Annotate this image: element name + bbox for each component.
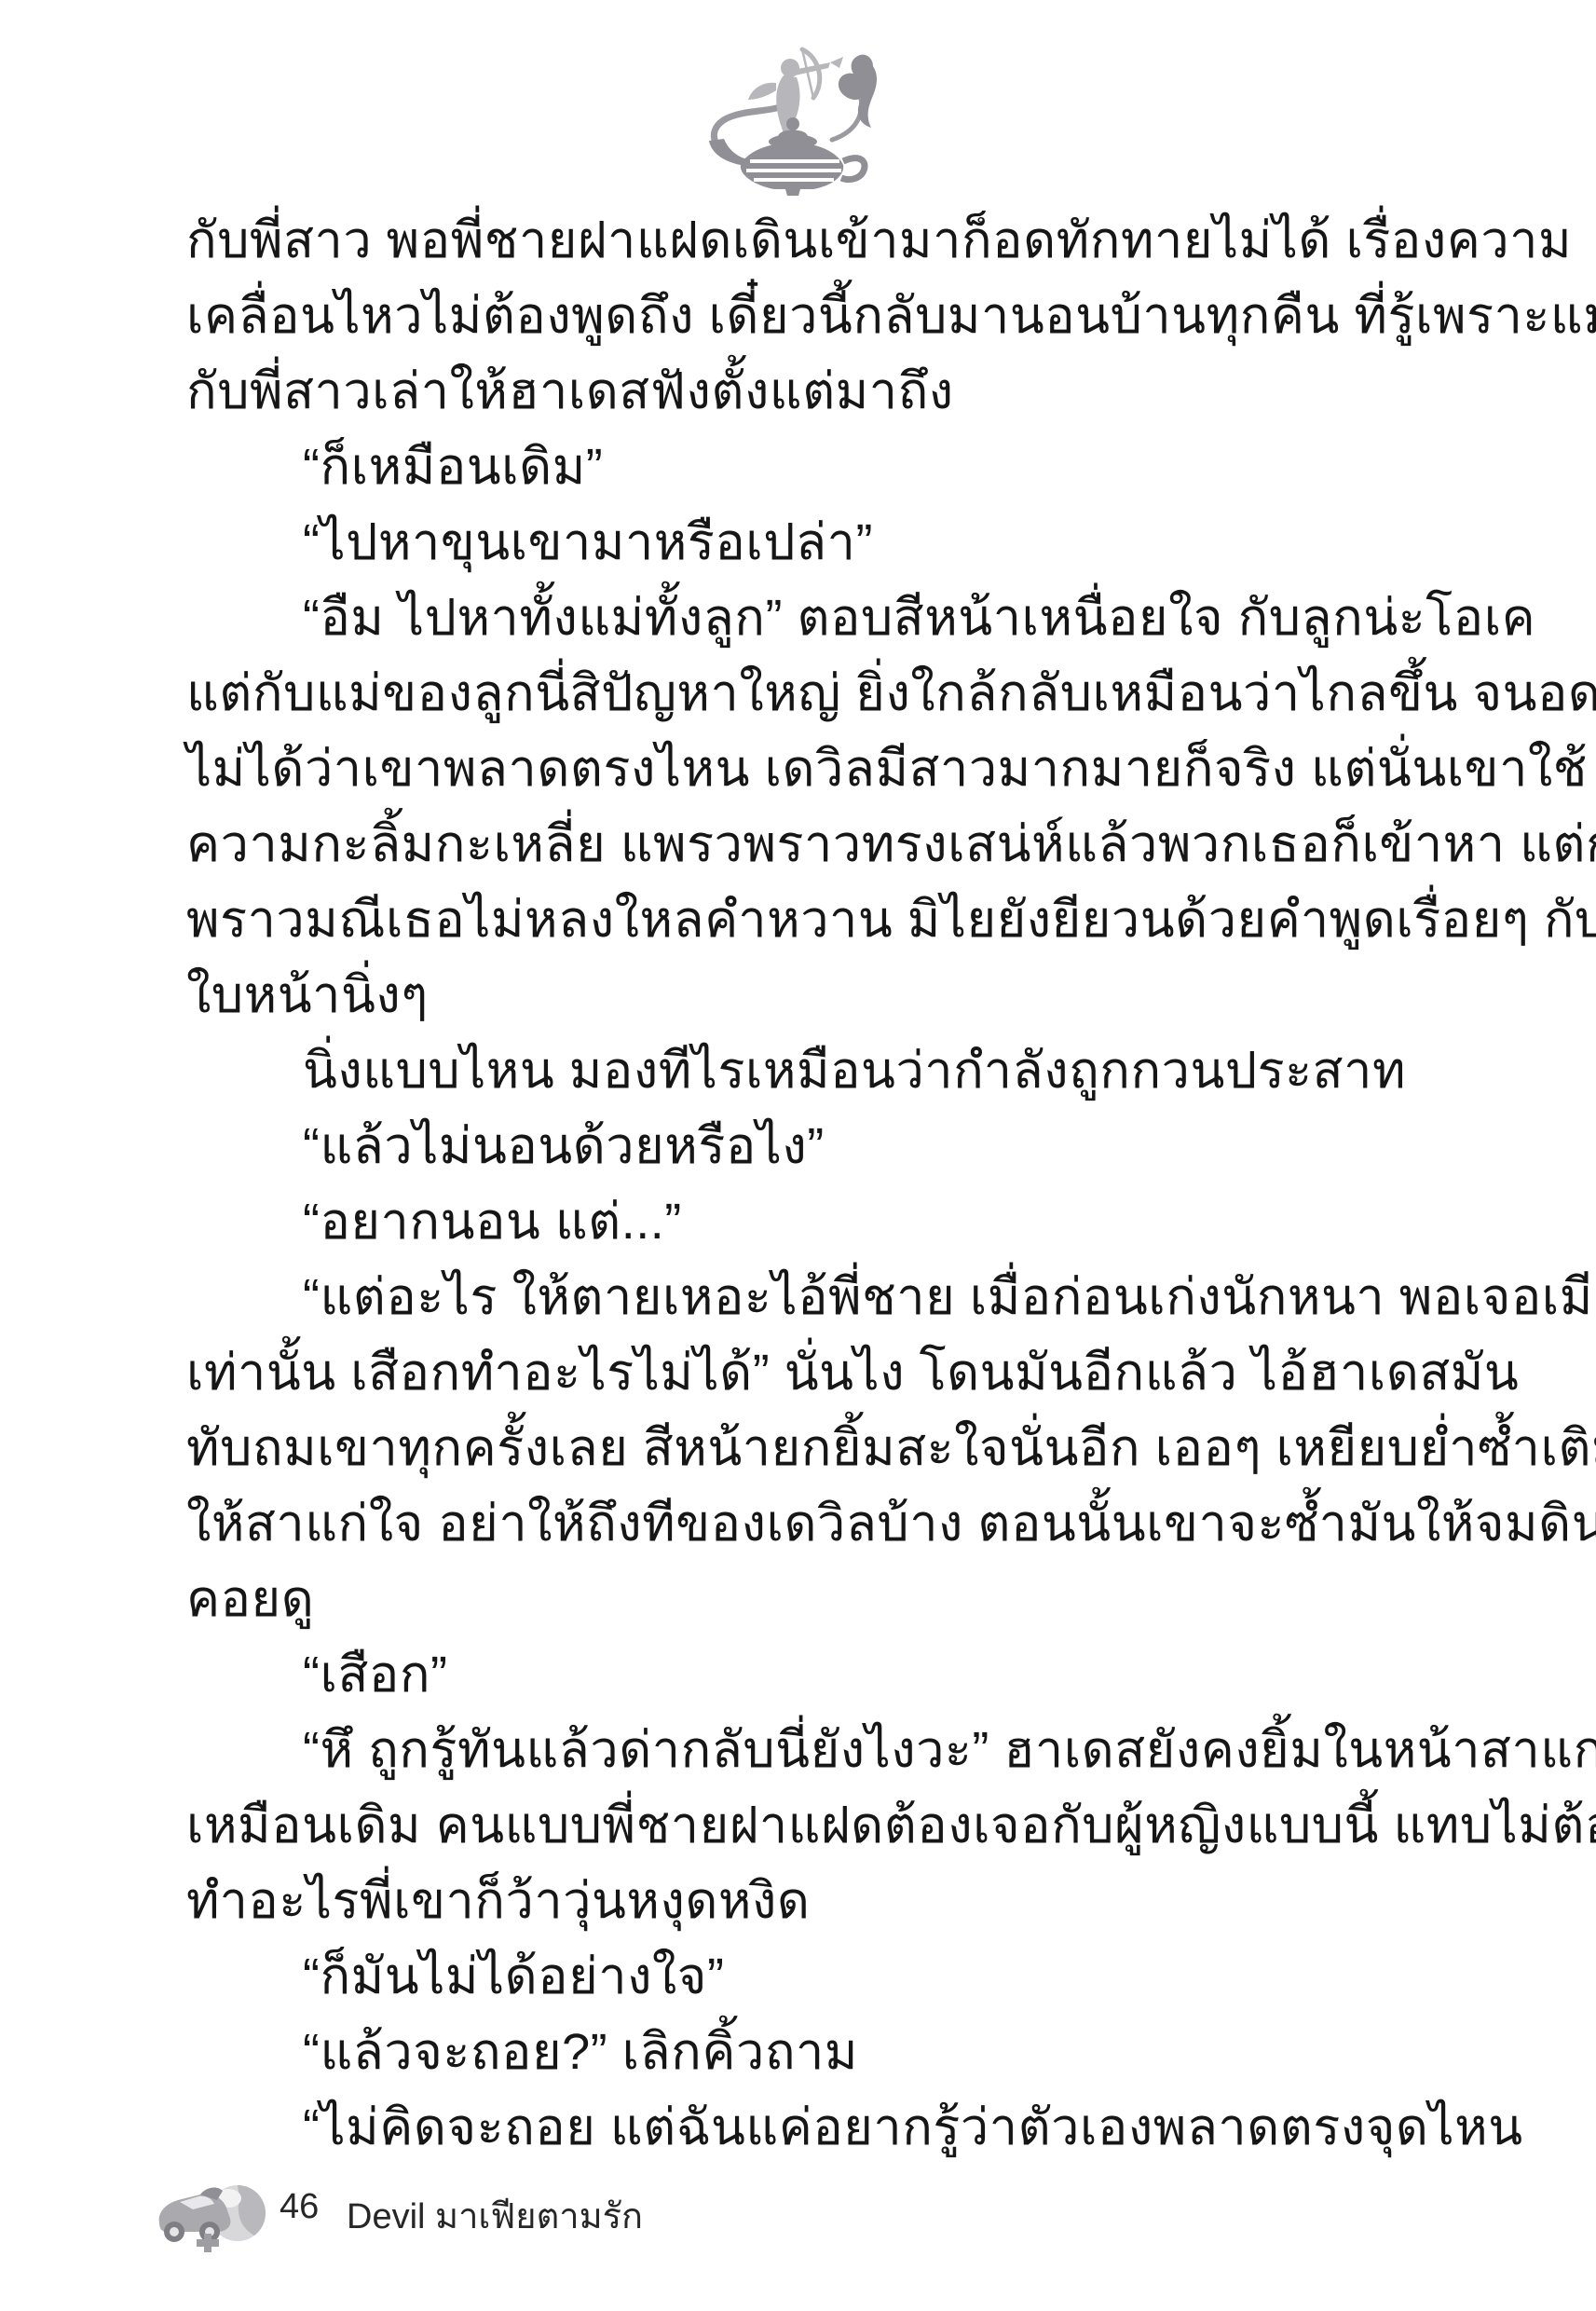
text-line: “ไม่คิดจะถอย แต่ฉันแค่อยากรู้ว่าตัวเองพล… xyxy=(186,2090,1425,2166)
text-line: กับพี่สาวเล่าให้ฮาเดสฟังตั้งแต่มาถึง xyxy=(186,354,1425,430)
text-line: “ก็เหมือนเดิม” xyxy=(186,430,1425,505)
text-line: ทับถมเขาทุกครั้งเลย สีหน้ายกยิ้มสะใจนั่น… xyxy=(186,1411,1425,1486)
text-line: เหมือนเดิม คนแบบพี่ชายฝาแฝดต้องเจอกับผู้… xyxy=(186,1788,1425,1864)
text-line: “ก็มันไม่ได้อย่างใจ” xyxy=(186,1939,1425,2015)
text-line: ความกะลิ้มกะเหลี่ย แพรวพราวทรงเสน่ห์แล้ว… xyxy=(186,807,1425,882)
page-text: กับพี่สาว พอพี่ชายฝาแฝดเดินเข้ามาก็อดทัก… xyxy=(186,203,1425,2166)
book-title: Devil มาเฟียตามรัก xyxy=(347,2187,643,2244)
text-line: “แล้วไม่นอนด้วยหรือไง” xyxy=(186,1109,1425,1184)
text-line: “ไปหาขุนเขามาหรือเปล่า” xyxy=(186,505,1425,581)
text-line: ใบหน้านิ่งๆ xyxy=(186,958,1425,1033)
text-line: แต่กับแม่ของลูกนี่สิปัญหาใหญ่ ยิ่งใกล้กล… xyxy=(186,656,1425,732)
page-number: 46 xyxy=(280,2187,319,2227)
text-line: เคลื่อนไหวไม่ต้องพูดถึง เดี๋ยวนี้กลับมาน… xyxy=(186,279,1425,354)
text-line: ไม่ได้ว่าเขาพลาดตรงไหน เดวิลมีสาวมากมายก… xyxy=(186,732,1425,807)
cupid-heart-genie-lamp-icon xyxy=(610,42,918,196)
text-line: “แล้วจะถอย?” เลิกคิ้วถาม xyxy=(186,2015,1425,2090)
text-line: ให้สาแก่ใจ อย่าให้ถึงทีของเดวิลบ้าง ตอนน… xyxy=(186,1486,1425,1562)
text-line: “แต่อะไร ให้ตายเหอะไอ้พี่ชาย เมื่อก่อนเก… xyxy=(186,1260,1425,1335)
book-page: { "header": { "ornament_alt": "cupid-hea… xyxy=(0,0,1596,2311)
text-line: กับพี่สาว พอพี่ชายฝาแฝดเดินเข้ามาก็อดทัก… xyxy=(186,203,1425,279)
text-line: “เสือก” xyxy=(186,1637,1425,1713)
text-line: นิ่งแบบไหน มองทีไรเหมือนว่ากำลังถูกกวนปร… xyxy=(186,1033,1425,1109)
page-footer: 46 Devil มาเฟียตามรัก xyxy=(0,2167,1596,2260)
text-line: พราวมณีเธอไม่หลงใหลคำหวาน มิไยยังยียวนด้… xyxy=(186,882,1425,958)
text-line: “หึ ถูกรู้ทันแล้วด่ากลับนี่ยังไงวะ” ฮาเด… xyxy=(186,1713,1425,1788)
text-line: เท่านั้น เสือกทำอะไรไม่ได้” นั่นไง โดนมั… xyxy=(186,1335,1425,1411)
text-line: คอยดู xyxy=(186,1562,1425,1637)
text-line: ทำอะไรพี่เขาก็ว้าวุ่นหงุดหงิด xyxy=(186,1864,1425,1939)
chapter-ornament xyxy=(610,42,918,196)
toy-car-and-ball-icon xyxy=(152,2174,273,2254)
text-line: “อยากนอน แต่...” xyxy=(186,1184,1425,1260)
text-line: “อืม ไปหาทั้งแม่ทั้งลูก” ตอบสีหน้าเหนื่อ… xyxy=(186,581,1425,656)
